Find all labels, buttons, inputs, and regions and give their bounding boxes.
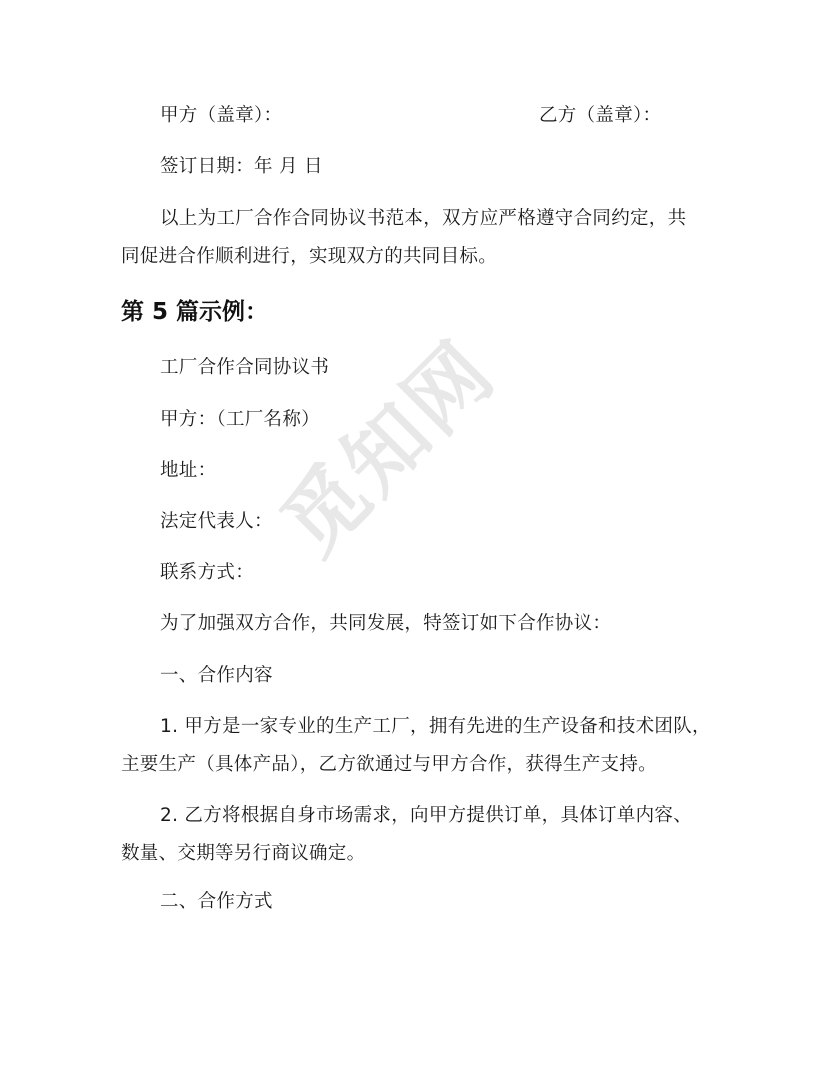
watermark: 觅知网 bbox=[251, 311, 516, 576]
intro-text: 为了加强双方合作，共同发展，特签订如下合作协议： bbox=[160, 612, 611, 636]
legal-rep-field: 法定代表人： bbox=[160, 510, 273, 534]
item2-line-2: 数量、交期等另行商议确定。 bbox=[121, 842, 365, 866]
section1-title: 一、合作内容 bbox=[160, 664, 273, 688]
sign-date: 签订日期：年 月 日 bbox=[160, 155, 323, 179]
contract-title: 工厂合作合同协议书 bbox=[160, 356, 329, 380]
party-b-seal: 乙方（盖章）： bbox=[539, 104, 661, 128]
document-page: 觅知网 甲方（盖章）： 乙方（盖章）： 签订日期：年 月 日 以上为工厂合作合同… bbox=[0, 0, 830, 1074]
item1-line-1: 1. 甲方是一家专业的生产工厂，拥有先进的生产设备和技术团队， bbox=[160, 715, 711, 739]
section-heading: 第 5 篇示例： bbox=[121, 298, 268, 326]
party-a-seal: 甲方（盖章）： bbox=[160, 104, 282, 128]
address-field: 地址： bbox=[160, 459, 216, 483]
item1-line-2: 主要生产（具体产品），乙方欲通过与甲方合作，获得生产支持。 bbox=[121, 753, 657, 777]
item2-line-1: 2. 乙方将根据自身市场需求，向甲方提供订单，具体订单内容、 bbox=[160, 804, 692, 828]
summary-line-2: 同促进合作顺利进行，实现双方的共同目标。 bbox=[121, 245, 497, 269]
section2-title: 二、合作方式 bbox=[160, 890, 273, 914]
party-a-field: 甲方：（工厂名称） bbox=[160, 408, 320, 432]
summary-line-1: 以上为工厂合作合同协议书范本，双方应严格遵守合同约定，共 bbox=[160, 207, 686, 231]
contact-field: 联系方式： bbox=[160, 561, 254, 585]
